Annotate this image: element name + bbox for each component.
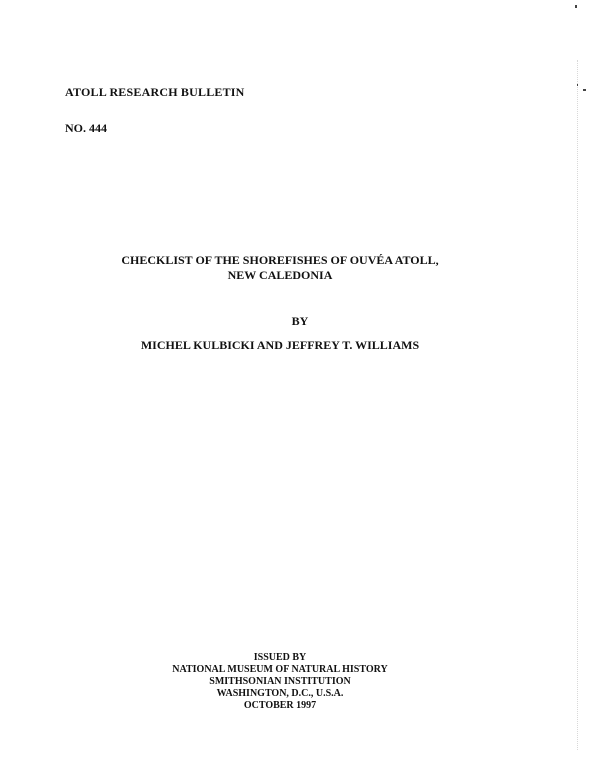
issued-by: ISSUED BY bbox=[0, 652, 560, 664]
title-line-1: CHECKLIST OF THE SHOREFISHES OF OUVÉA AT… bbox=[0, 253, 560, 268]
scan-speck bbox=[583, 89, 586, 91]
scan-edge-artifact bbox=[576, 60, 578, 750]
publication-date: OCTOBER 1997 bbox=[0, 700, 560, 712]
publisher-location: WASHINGTON, D.C., U.S.A. bbox=[0, 688, 560, 700]
scan-speck bbox=[577, 84, 578, 86]
authors: MICHEL KULBICKI AND JEFFREY T. WILLIAMS bbox=[0, 338, 560, 353]
publisher-block: ISSUED BY NATIONAL MUSEUM OF NATURAL HIS… bbox=[0, 652, 560, 712]
series-name: ATOLL RESEARCH BULLETIN bbox=[65, 85, 245, 100]
publisher-museum: NATIONAL MUSEUM OF NATURAL HISTORY bbox=[0, 664, 560, 676]
publisher-institution: SMITHSONIAN INSTITUTION bbox=[0, 676, 560, 688]
bulletin-number: NO. 444 bbox=[65, 121, 107, 136]
by-label: BY bbox=[0, 314, 600, 329]
title-line-2: NEW CALEDONIA bbox=[0, 268, 560, 283]
scan-speck bbox=[575, 5, 577, 8]
document-title: CHECKLIST OF THE SHOREFISHES OF OUVÉA AT… bbox=[0, 253, 560, 283]
